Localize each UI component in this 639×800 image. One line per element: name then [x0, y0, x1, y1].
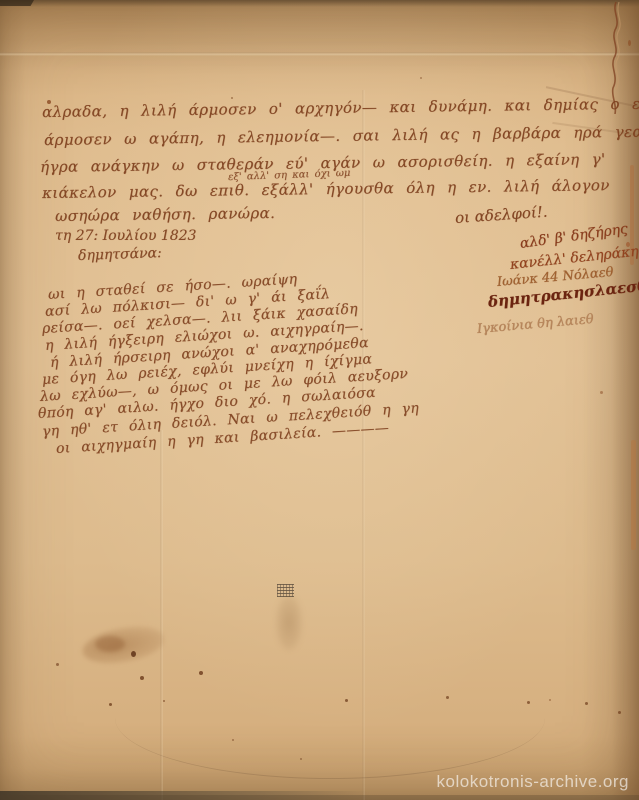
ink-speck [231, 97, 233, 99]
ink-speck [56, 663, 59, 666]
ink-speck [420, 77, 422, 79]
date-line: τη 27: Ιουλίου 1823 [55, 228, 196, 244]
ink-speck [446, 696, 449, 699]
manuscript-photo: αλραδα, η λιλή άρμοσεν ο' αρχηγόν— και δ… [0, 0, 639, 800]
ink-speck [618, 711, 621, 714]
ink-speck [109, 703, 112, 706]
archive-watermark: kolokotronis-archive.org [437, 772, 629, 792]
ink-speck [131, 651, 136, 657]
ink-speck [140, 676, 144, 680]
ink-speck [345, 699, 348, 702]
ink-speck [199, 671, 203, 675]
ink-speck [585, 702, 588, 705]
ink-speck [232, 739, 234, 741]
ink-speck [600, 391, 603, 394]
ink-speck [163, 700, 165, 702]
ink-speck [527, 701, 530, 704]
ink-speck [628, 40, 631, 46]
closing-line: ωσηώρα ναθήση. ρανώρα. [55, 204, 275, 225]
place-line: δημητσάνα: [78, 245, 162, 264]
ink-speck [549, 699, 551, 701]
ink-speck [300, 758, 302, 760]
